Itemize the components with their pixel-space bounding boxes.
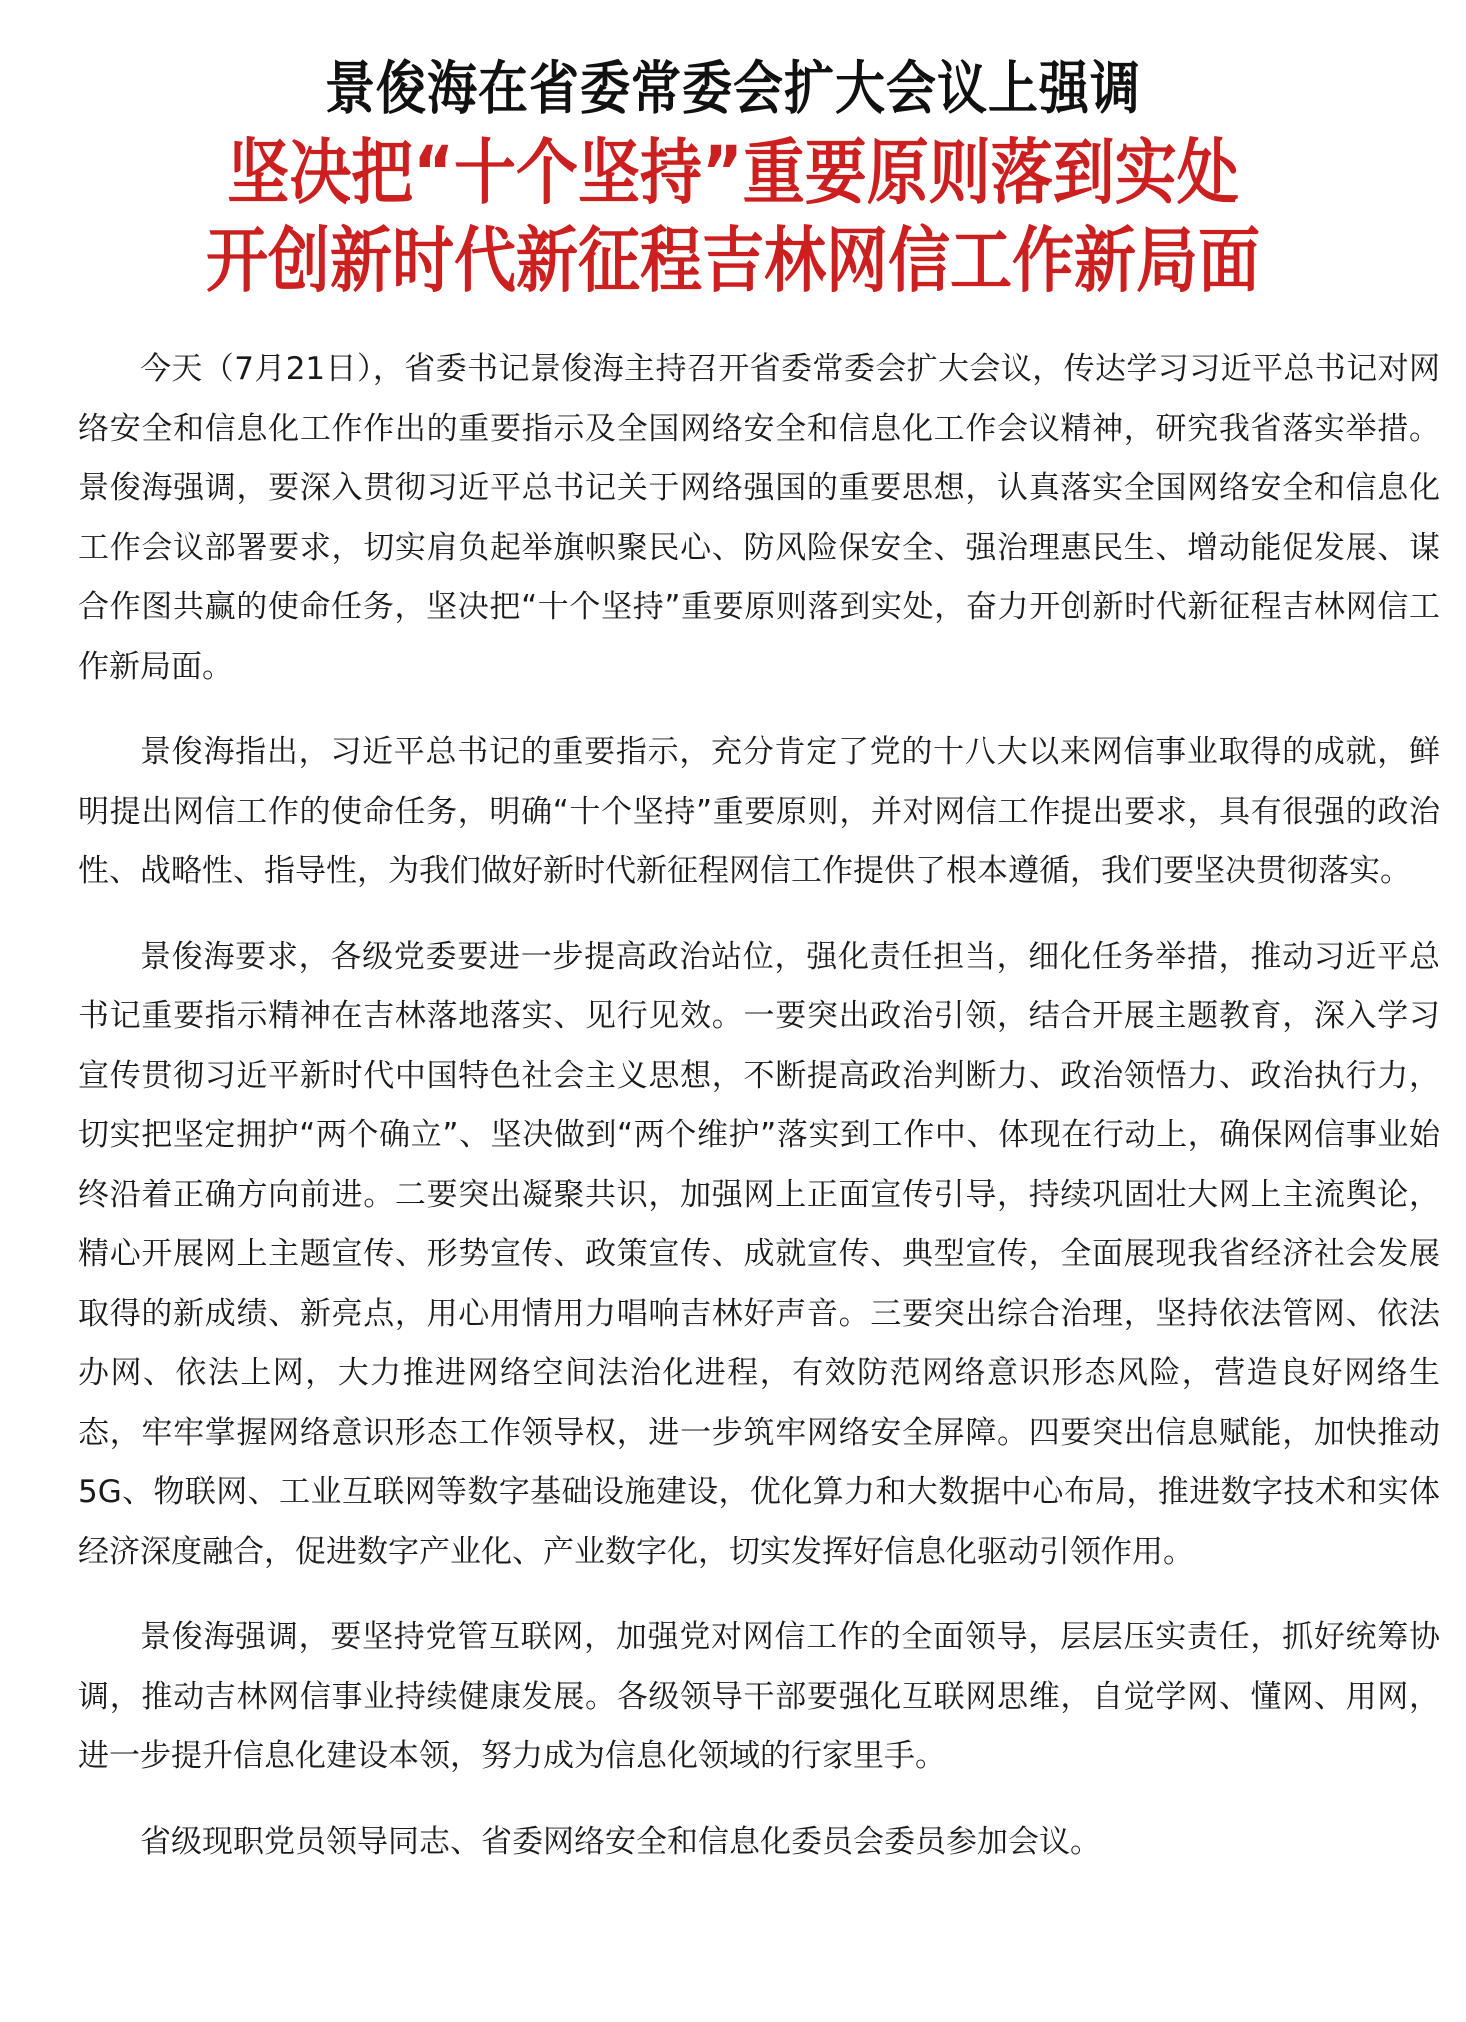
paragraph: 景俊海要求，各级党委要进一步提高政治站位，强化责任担当，细化任务举措，推动习近平… [78, 928, 1440, 1583]
main-title-line-2: 开创新时代新征程吉林网信工作新局面 [0, 203, 1466, 305]
paragraph: 今天（7月21日），省委书记景俊海主持召开省委常委会扩大会议，传达学习习近平总书… [78, 340, 1440, 697]
paragraph: 景俊海指出，习近平总书记的重要指示，充分肯定了党的十八大以来网信事业取得的成就，… [78, 723, 1440, 902]
main-title-line-1: 坚决把“十个坚持”重要原则落到实处 [0, 115, 1466, 217]
paragraph: 景俊海强调，要坚持党管互联网，加强党对网信工作的全面领导，层层压实责任，抓好统筹… [78, 1608, 1440, 1787]
kicker-headline: 景俊海在省委常委会扩大会议上强调 [0, 43, 1466, 126]
paragraph: 省级现职党员领导同志、省委网络安全和信息化委员会委员参加会议。 [78, 1813, 1440, 1873]
article-body: 今天（7月21日），省委书记景俊海主持召开省委常委会扩大会议，传达学习习近平总书… [78, 340, 1440, 1898]
